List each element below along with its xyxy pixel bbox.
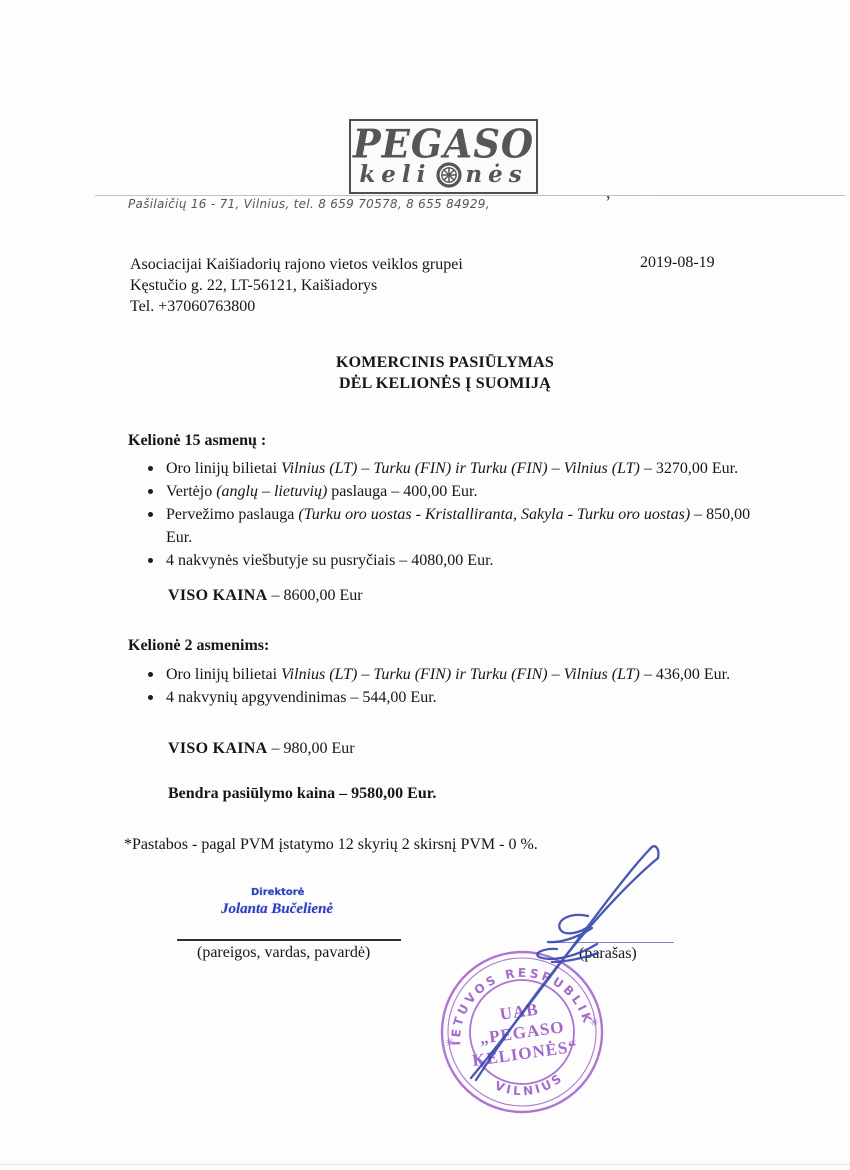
recipient-line-1: Asociacijai Kaišiadorių rajono vietos ve…	[130, 254, 463, 275]
header-divider	[95, 195, 845, 196]
company-logo: PEGASO keli nės	[349, 119, 538, 194]
recipient-block: Asociacijai Kaišiadorių rajono vietos ve…	[130, 254, 463, 317]
section-2-total: VISO KAINA – 980,00 Eur	[168, 740, 355, 758]
list-item: Pervežimo paslauga (Turku oro uostas - K…	[166, 503, 788, 549]
signature-caption-left: (pareigos, vardas, pavardė)	[197, 944, 370, 962]
document-title-line-1: KOMERCINIS PASIŪLYMAS	[40, 352, 850, 373]
signer-role: Direktorė	[251, 887, 304, 898]
stray-scan-mark: ,	[606, 182, 611, 203]
scanned-document-page: PEGASO keli nės Pašilaičių 16 - 71, Viln…	[0, 0, 850, 1170]
total-value: – 980,00 Eur	[267, 740, 354, 757]
section-2-bullet-list: Oro linijų bilietai Vilnius (LT) – Turku…	[126, 663, 788, 709]
recipient-line-2: Kęstučio g. 22, LT-56121, Kaišiadorys	[130, 275, 463, 296]
total-value: – 8600,00 Eur	[267, 587, 362, 604]
section-1-heading: Kelionė 15 asmenų :	[128, 432, 266, 450]
recipient-line-3: Tel. +37060763800	[130, 296, 463, 317]
list-item: Vertėjo (anglų – lietuvių) paslauga – 40…	[166, 480, 788, 503]
scan-edge-line	[0, 1164, 850, 1165]
total-label: VISO KAINA	[168, 740, 267, 757]
list-item: Oro linijų bilietai Vilnius (LT) – Turku…	[166, 457, 788, 480]
document-date: 2019-08-19	[640, 254, 715, 272]
total-label: VISO KAINA	[168, 587, 267, 604]
section-1-bullet-list: Oro linijų bilietai Vilnius (LT) – Turku…	[126, 457, 788, 572]
company-address-line: Pašilaičių 16 - 71, Vilnius, tel. 8 659 …	[128, 197, 490, 211]
list-item: 4 nakvynės viešbutyje su pusryčiais – 40…	[166, 549, 788, 572]
list-item: 4 nakvynių apgyvendinimas – 544,00 Eur.	[166, 686, 788, 709]
list-item: Oro linijų bilietai Vilnius (LT) – Turku…	[166, 663, 788, 686]
grand-total: Bendra pasiūlymo kaina – 9580,00 Eur.	[168, 785, 436, 803]
section-2-heading: Kelionė 2 asmenims:	[128, 637, 269, 655]
section-1-total: VISO KAINA – 8600,00 Eur	[168, 587, 363, 605]
document-title-line-2: DĖL KELIONĖS Į SUOMIJĄ	[40, 373, 850, 394]
signer-name: Jolanta Bučelienė	[221, 901, 333, 918]
signature-line-left	[177, 939, 401, 941]
document-title: KOMERCINIS PASIŪLYMAS DĖL KELIONĖS Į SUO…	[40, 352, 850, 394]
logo-wordmark: PEGASO	[353, 125, 534, 163]
handwritten-signature	[400, 830, 720, 1130]
